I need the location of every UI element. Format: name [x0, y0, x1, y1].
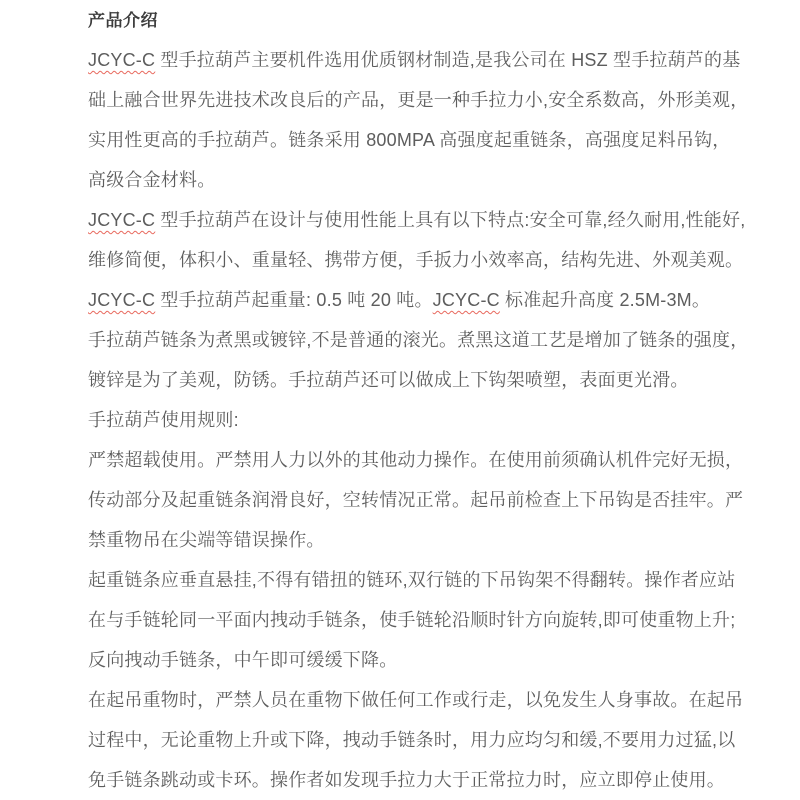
misspelled-word: JCYC-C: [88, 210, 155, 230]
text-segment: 传动部分及起重链条润滑良好，空转情况正常。起吊前检查上下吊钩是否挂牢。严: [88, 490, 743, 510]
text-line: 高级合金材料。: [88, 160, 748, 200]
text-line: 过程中，无论重物上升或下降，拽动手链条时，用力应均匀和缓,不要用力过猛,以: [88, 720, 748, 760]
text-segment: 实用性更高的手拉葫芦。链条采用 800MPA 高强度起重链条，高强度足料吊钩，: [88, 130, 731, 150]
text-line: 手拉葫芦链条为煮黑或镀锌,不是普通的滚光。煮黑这道工艺是增加了链条的强度，: [88, 320, 748, 360]
text-segment: 型手拉葫芦在设计与使用性能上具有以下特点:安全可靠,经久耐用,性能好,: [155, 210, 745, 230]
text-line: JCYC-C 型手拉葫芦主要机件选用优质钢材制造,是我公司在 HSZ 型手拉葫芦…: [88, 40, 748, 80]
text-line: 镀锌是为了美观，防锈。手拉葫芦还可以做成上下钩架喷塑，表面更光滑。: [88, 360, 748, 400]
text-line: 础上融合世界先进技术改良后的产品，更是一种手拉力小,安全系数高，外形美观，: [88, 80, 748, 120]
text-segment: 手拉葫芦使用规则:: [88, 410, 239, 430]
text-line: 实用性更高的手拉葫芦。链条采用 800MPA 高强度起重链条，高强度足料吊钩，: [88, 120, 748, 160]
misspelled-word: JCYC-C: [433, 290, 500, 310]
text-line: 免手链条跳动或卡环。操作者如发现手拉力大于正常拉力时，应立即停止使用。: [88, 760, 748, 800]
text-lines: JCYC-C 型手拉葫芦主要机件选用优质钢材制造,是我公司在 HSZ 型手拉葫芦…: [88, 40, 748, 800]
text-segment: 在起吊重物时，严禁人员在重物下做任何工作或行走，以免发生人身事故。在起吊: [88, 690, 743, 710]
text-line: 严禁超载使用。严禁用人力以外的其他动力操作。在使用前须确认机件完好无损，: [88, 440, 748, 480]
text-segment: 过程中，无论重物上升或下降，拽动手链条时，用力应均匀和缓,不要用力过猛,以: [88, 730, 735, 750]
text-line: 在与手链轮同一平面内拽动手链条，使手链轮沿顺时针方向旋转,即可使重物上升;: [88, 600, 748, 640]
text-segment: 镀锌是为了美观，防锈。手拉葫芦还可以做成上下钩架喷塑，表面更光滑。: [88, 370, 689, 390]
text-line: 反向拽动手链条，中午即可缓缓下降。: [88, 640, 748, 680]
text-segment: 维修简便，体积小、重量轻、携带方便，手扳力小效率高，结构先进、外观美观。: [88, 250, 743, 270]
text-line: 手拉葫芦使用规则:: [88, 400, 748, 440]
text-segment: 型手拉葫芦起重量: 0.5 吨 20 吨。: [155, 290, 432, 310]
misspelled-word: JCYC-C: [88, 50, 155, 70]
page: 产品介绍 JCYC-C 型手拉葫芦主要机件选用优质钢材制造,是我公司在 HSZ …: [0, 0, 800, 800]
text-segment: 型手拉葫芦主要机件选用优质钢材制造,是我公司在 HSZ 型手拉葫芦的基: [155, 50, 740, 70]
text-segment: 手拉葫芦链条为煮黑或镀锌,不是普通的滚光。煮黑这道工艺是增加了链条的强度，: [88, 330, 748, 350]
text-line: 禁重物吊在尖端等错误操作。: [88, 520, 748, 560]
text-line: 维修简便，体积小、重量轻、携带方便，手扳力小效率高，结构先进、外观美观。: [88, 240, 748, 280]
text-line: JCYC-C 型手拉葫芦在设计与使用性能上具有以下特点:安全可靠,经久耐用,性能…: [88, 200, 748, 240]
text-line: JCYC-C 型手拉葫芦起重量: 0.5 吨 20 吨。JCYC-C 标准起升高…: [88, 280, 748, 320]
text-segment: 严禁超载使用。严禁用人力以外的其他动力操作。在使用前须确认机件完好无损，: [88, 450, 743, 470]
text-segment: 禁重物吊在尖端等错误操作。: [88, 530, 325, 550]
product-intro-section: 产品介绍 JCYC-C 型手拉葫芦主要机件选用优质钢材制造,是我公司在 HSZ …: [88, 0, 748, 800]
text-segment: 础上融合世界先进技术改良后的产品，更是一种手拉力小,安全系数高，外形美观，: [88, 90, 748, 110]
misspelled-word: JCYC-C: [88, 290, 155, 310]
text-line: 在起吊重物时，严禁人员在重物下做任何工作或行走，以免发生人身事故。在起吊: [88, 680, 748, 720]
text-segment: 免手链条跳动或卡环。操作者如发现手拉力大于正常拉力时，应立即停止使用。: [88, 770, 725, 790]
text-segment: 高级合金材料。: [88, 170, 215, 190]
text-segment: 起重链条应垂直悬挂,不得有错扭的链环,双行链的下吊钩架不得翻转。操作者应站: [88, 570, 735, 590]
text-line: 起重链条应垂直悬挂,不得有错扭的链环,双行链的下吊钩架不得翻转。操作者应站: [88, 560, 748, 600]
text-line: 传动部分及起重链条润滑良好，空转情况正常。起吊前检查上下吊钩是否挂牢。严: [88, 480, 748, 520]
text-segment: 标准起升高度 2.5M-3M。: [500, 290, 710, 310]
text-segment: 反向拽动手链条，中午即可缓缓下降。: [88, 650, 397, 670]
section-title-line: 产品介绍: [88, 0, 748, 40]
page-title: 产品介绍: [88, 11, 158, 30]
text-segment: 在与手链轮同一平面内拽动手链条，使手链轮沿顺时针方向旋转,即可使重物上升;: [88, 610, 735, 630]
